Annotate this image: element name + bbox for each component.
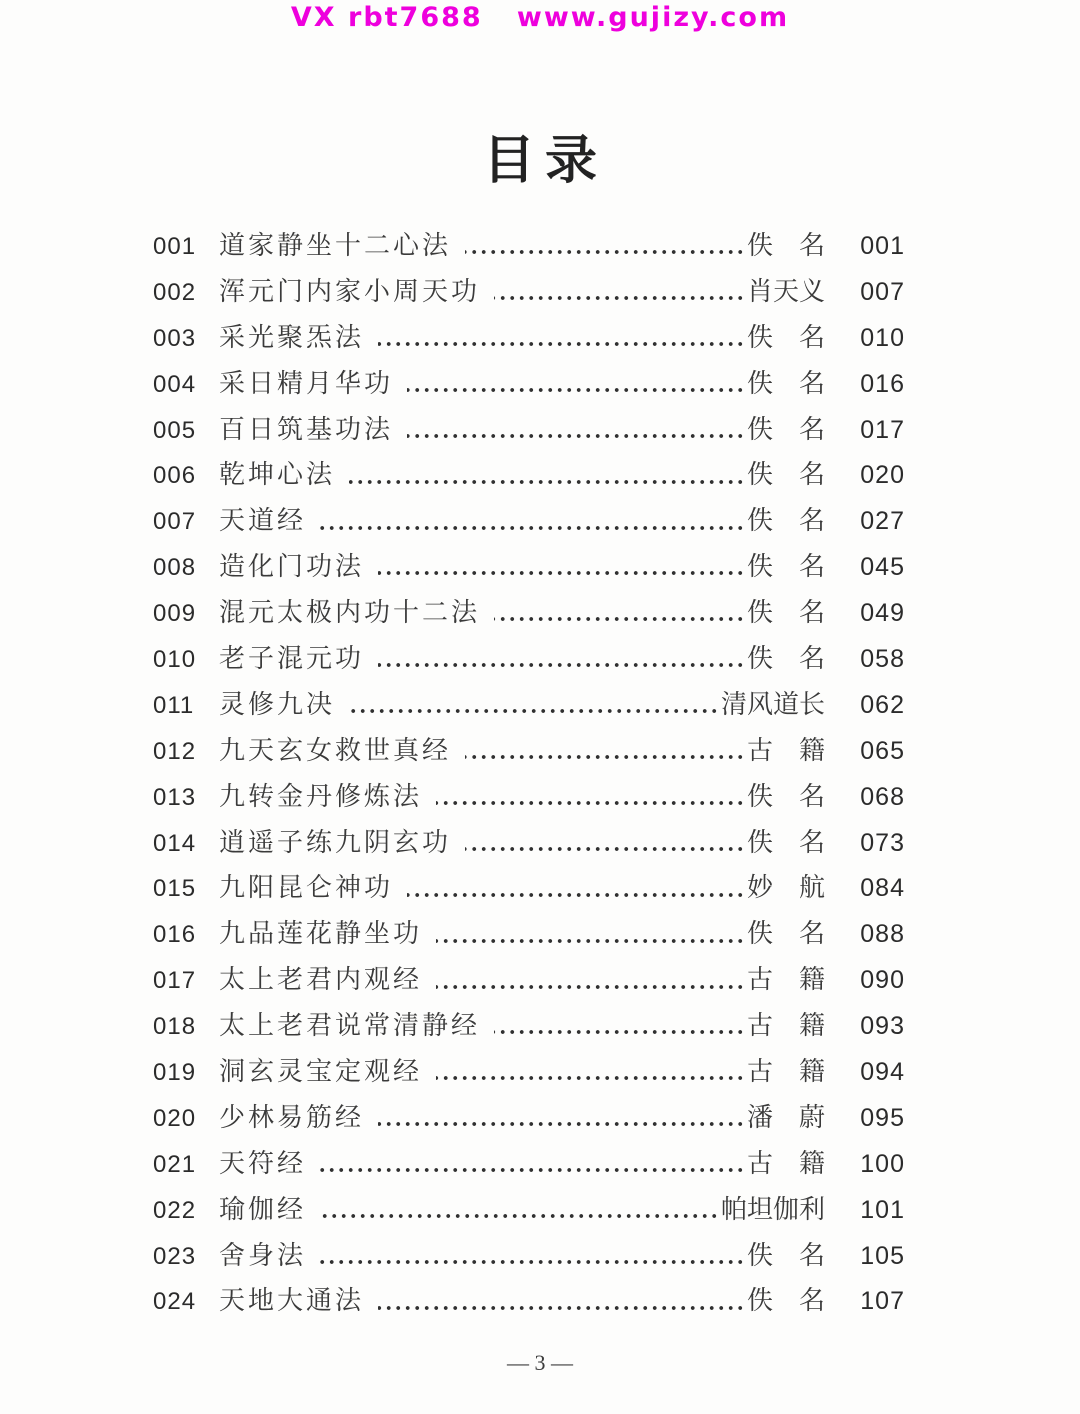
entry-number: 004	[153, 371, 197, 399]
dotted-leader	[378, 1097, 745, 1143]
toc-entry: 017 太上老君内观经 古 籍 090	[153, 959, 905, 1005]
entry-page: 095	[841, 1104, 905, 1133]
entry-author: 古 籍	[747, 959, 825, 996]
entry-title: 浑元门内家小周天功	[219, 271, 480, 308]
dotted-leader	[378, 638, 745, 684]
entry-number: 007	[153, 508, 197, 536]
entry-title: 逍遥子练九阴玄功	[219, 822, 451, 859]
dotted-leader	[407, 363, 745, 409]
entry-author: 佚 名	[747, 363, 825, 400]
toc-entry: 011 灵修九决 清风道长 062	[153, 684, 905, 730]
entry-author: 佚 名	[747, 317, 825, 354]
entry-number: 020	[153, 1105, 197, 1133]
entry-number: 015	[153, 875, 197, 903]
entry-title: 舍身法	[219, 1235, 306, 1272]
entry-page: 062	[841, 691, 905, 720]
dotted-leader	[436, 1051, 745, 1097]
entry-author: 佚 名	[747, 592, 825, 629]
entry-page: 007	[841, 278, 905, 307]
entry-page: 058	[841, 645, 905, 674]
entry-author: 古 籍	[747, 730, 825, 767]
toc-entry: 019 洞玄灵宝定观经 古 籍 094	[153, 1051, 905, 1097]
entry-number: 011	[153, 692, 197, 720]
entry-page: 016	[841, 370, 905, 399]
entry-title: 采光聚炁法	[219, 317, 364, 354]
entry-page: 020	[841, 461, 905, 490]
entry-number: 013	[153, 784, 197, 812]
entry-title: 道家静坐十二心法	[219, 225, 451, 262]
entry-author: 佚 名	[747, 776, 825, 813]
entry-page: 093	[841, 1012, 905, 1041]
dotted-leader	[494, 271, 745, 317]
toc-list: 001 道家静坐十二心法 佚 名 001 002 浑元门内家小周天功 肖天义 0…	[0, 225, 1080, 1326]
dotted-leader	[320, 500, 745, 546]
dotted-leader	[436, 913, 745, 959]
entry-author: 古 籍	[747, 1143, 825, 1180]
dotted-leader	[378, 317, 745, 363]
entry-title: 乾坤心法	[219, 454, 335, 491]
entry-number: 021	[153, 1151, 197, 1179]
toc-entry: 022 瑜伽经 帕坦伽利 101	[153, 1189, 905, 1235]
entry-title: 九阳昆仑神功	[219, 867, 393, 904]
toc-entry: 010 老子混元功 佚 名 058	[153, 638, 905, 684]
footer-page-number: — 3 —	[0, 1350, 1080, 1376]
entry-number: 009	[153, 600, 197, 628]
toc-entry: 006 乾坤心法 佚 名 020	[153, 454, 905, 500]
entry-number: 019	[153, 1059, 197, 1087]
entry-page: 088	[841, 920, 905, 949]
entry-author: 佚 名	[747, 409, 825, 446]
toc-entry: 009 混元太极内功十二法 佚 名 049	[153, 592, 905, 638]
dotted-leader	[465, 730, 745, 776]
toc-entry: 015 九阳昆仑神功 妙 航 084	[153, 867, 905, 913]
entry-number: 008	[153, 554, 197, 582]
dotted-leader	[436, 959, 745, 1005]
dotted-leader	[407, 409, 745, 455]
entry-title: 采日精月华功	[219, 363, 393, 400]
dotted-leader	[378, 1280, 745, 1326]
entry-page: 068	[841, 783, 905, 812]
entry-number: 016	[153, 921, 197, 949]
entry-number: 017	[153, 967, 197, 995]
toc-entry: 013 九转金丹修炼法 佚 名 068	[153, 776, 905, 822]
toc-entry: 002 浑元门内家小周天功 肖天义 007	[153, 271, 905, 317]
entry-number: 005	[153, 417, 197, 445]
entry-title: 天道经	[219, 500, 306, 537]
dotted-leader	[465, 225, 745, 271]
entry-author: 妙 航	[747, 867, 825, 904]
entry-page: 101	[841, 1196, 905, 1225]
entry-page: 027	[841, 507, 905, 536]
entry-author: 帕坦伽利	[721, 1189, 825, 1226]
entry-page: 010	[841, 324, 905, 353]
toc-entry: 023 舍身法 佚 名 105	[153, 1235, 905, 1281]
entry-author: 佚 名	[747, 913, 825, 950]
entry-title: 太上老君说常清静经	[219, 1005, 480, 1042]
toc-entry: 004 采日精月华功 佚 名 016	[153, 363, 905, 409]
entry-number: 001	[153, 233, 197, 261]
document-page: VX rbt7688 www.gujizy.com 目录 001 道家静坐十二心…	[0, 0, 1080, 1414]
dotted-leader	[320, 1143, 745, 1189]
entry-number: 012	[153, 738, 197, 766]
entry-author: 潘 蔚	[747, 1097, 825, 1134]
entry-page: 073	[841, 829, 905, 858]
entry-title: 洞玄灵宝定观经	[219, 1051, 422, 1088]
entry-title: 混元太极内功十二法	[219, 592, 480, 629]
entry-number: 022	[153, 1197, 197, 1225]
toc-entry: 007 天道经 佚 名 027	[153, 500, 905, 546]
watermark-text: VX rbt7688 www.gujizy.com	[0, 2, 1080, 33]
entry-title: 太上老君内观经	[219, 959, 422, 996]
entry-page: 049	[841, 599, 905, 628]
dotted-leader	[320, 1235, 745, 1281]
entry-author: 古 籍	[747, 1051, 825, 1088]
entry-author: 佚 名	[747, 1235, 825, 1272]
entry-author: 佚 名	[747, 546, 825, 583]
entry-author: 佚 名	[747, 822, 825, 859]
entry-page: 090	[841, 966, 905, 995]
entry-page: 084	[841, 874, 905, 903]
entry-page: 094	[841, 1058, 905, 1087]
entry-title: 九转金丹修炼法	[219, 776, 422, 813]
dotted-leader	[494, 1005, 745, 1051]
entry-page: 105	[841, 1242, 905, 1271]
dotted-leader	[320, 1189, 719, 1235]
toc-entry: 012 九天玄女救世真经 古 籍 065	[153, 730, 905, 776]
toc-entry: 021 天符经 古 籍 100	[153, 1143, 905, 1189]
dotted-leader	[465, 822, 745, 868]
toc-entry: 008 造化门功法 佚 名 045	[153, 546, 905, 592]
entry-number: 024	[153, 1288, 197, 1316]
entry-author: 古 籍	[747, 1005, 825, 1042]
entry-author: 佚 名	[747, 225, 825, 262]
dotted-leader	[407, 867, 745, 913]
toc-entry: 018 太上老君说常清静经 古 籍 093	[153, 1005, 905, 1051]
entry-page: 100	[841, 1150, 905, 1179]
toc-entry: 001 道家静坐十二心法 佚 名 001	[153, 225, 905, 271]
dotted-leader	[349, 454, 745, 500]
entry-author: 佚 名	[747, 1280, 825, 1317]
toc-entry: 016 九品莲花静坐功 佚 名 088	[153, 913, 905, 959]
toc-entry: 003 采光聚炁法 佚 名 010	[153, 317, 905, 363]
toc-entry: 005 百日筑基功法 佚 名 017	[153, 409, 905, 455]
entry-author: 佚 名	[747, 454, 825, 491]
toc-entry: 024 天地大通法 佚 名 107	[153, 1280, 905, 1326]
entry-title: 九品莲花静坐功	[219, 913, 422, 950]
dotted-leader	[436, 776, 745, 822]
entry-number: 002	[153, 279, 197, 307]
toc-entry: 014 逍遥子练九阴玄功 佚 名 073	[153, 822, 905, 868]
entry-number: 018	[153, 1013, 197, 1041]
entry-page: 017	[841, 416, 905, 445]
entry-title: 九天玄女救世真经	[219, 730, 451, 767]
entry-number: 010	[153, 646, 197, 674]
entry-page: 065	[841, 737, 905, 766]
entry-page: 001	[841, 232, 905, 261]
dotted-leader	[378, 546, 745, 592]
entry-number: 003	[153, 325, 197, 353]
entry-title: 天地大通法	[219, 1280, 364, 1317]
entry-title: 少林易筋经	[219, 1097, 364, 1134]
entry-author: 佚 名	[747, 500, 825, 537]
entry-title: 造化门功法	[219, 546, 364, 583]
entry-author: 佚 名	[747, 638, 825, 675]
entry-title: 灵修九决	[219, 684, 335, 721]
entry-number: 023	[153, 1243, 197, 1271]
dotted-leader	[494, 592, 745, 638]
dotted-leader	[349, 684, 719, 730]
entry-title: 百日筑基功法	[219, 409, 393, 446]
entry-title: 瑜伽经	[219, 1189, 306, 1226]
entry-number: 014	[153, 830, 197, 858]
entry-author: 肖天义	[747, 271, 825, 308]
toc-entry: 020 少林易筋经 潘 蔚 095	[153, 1097, 905, 1143]
entry-number: 006	[153, 462, 197, 490]
entry-title: 天符经	[219, 1143, 306, 1180]
entry-page: 045	[841, 553, 905, 582]
entry-page: 107	[841, 1287, 905, 1316]
entry-title: 老子混元功	[219, 638, 364, 675]
entry-author: 清风道长	[721, 684, 825, 721]
